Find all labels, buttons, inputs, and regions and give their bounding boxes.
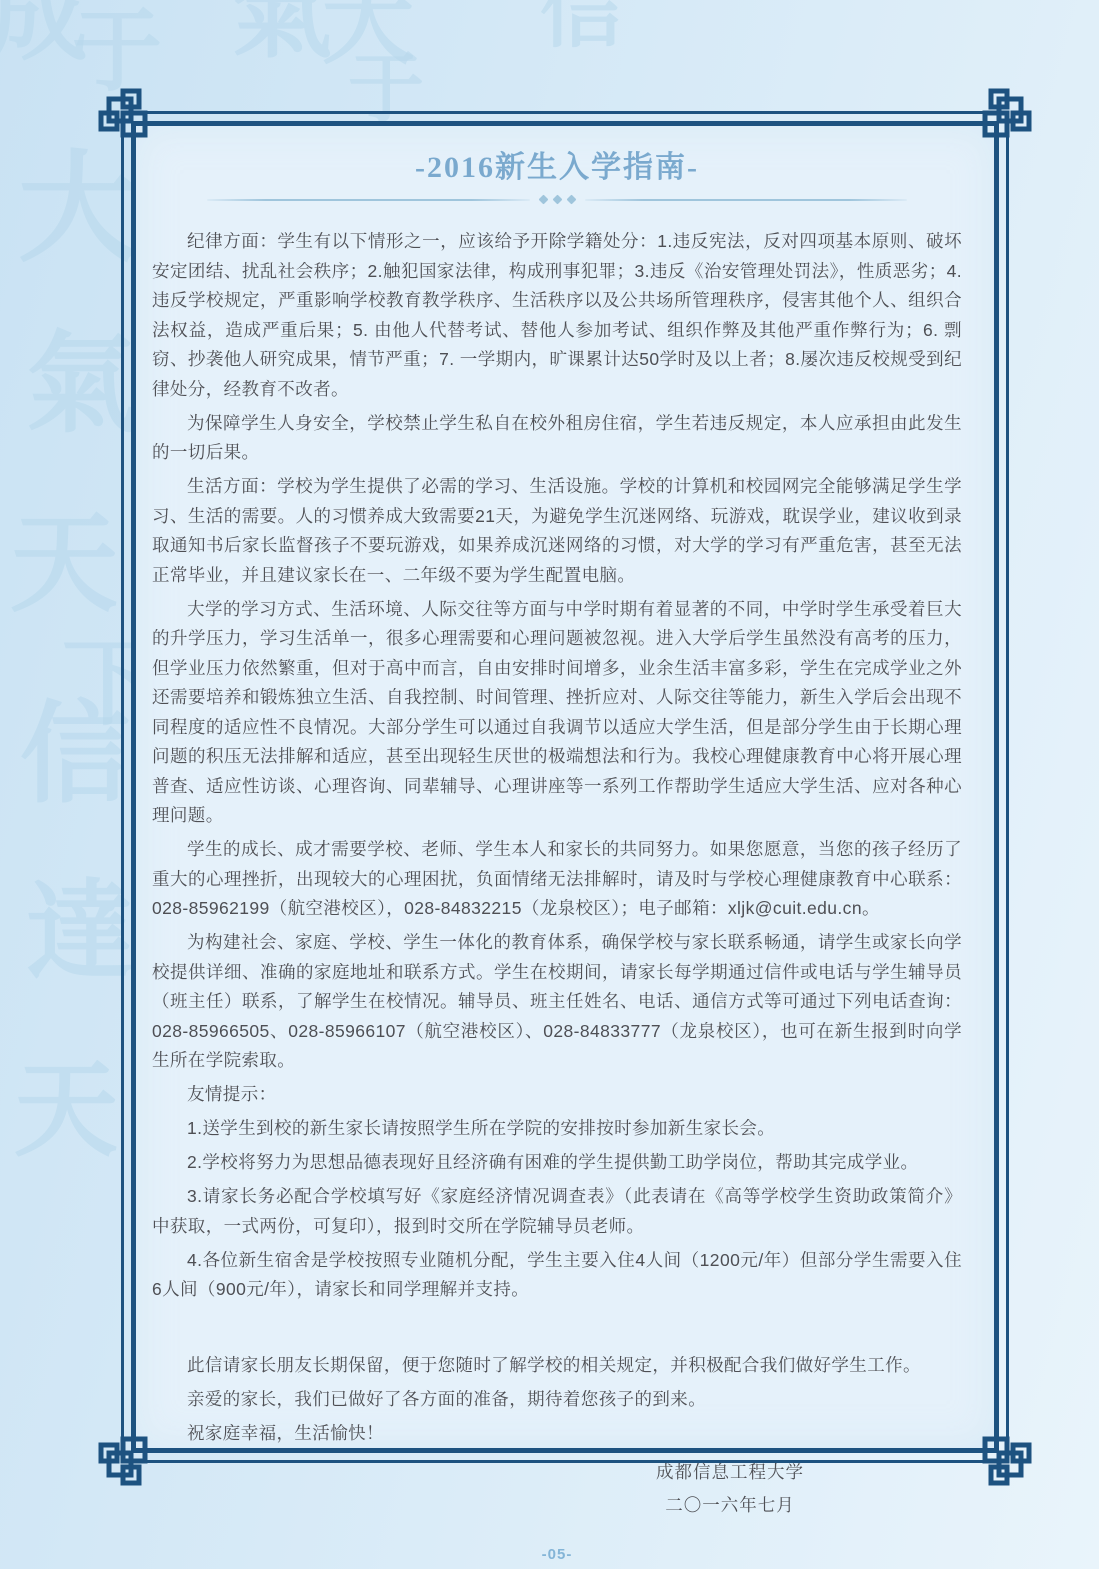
paragraph: 学生的成长、成才需要学校、老师、学生本人和家长的共同努力。如果您愿意，当您的孩子… <box>152 835 962 924</box>
signature-date: 二〇一六年七月 <box>656 1489 804 1522</box>
diamond-icon <box>566 195 576 205</box>
body-paragraphs: 纪律方面：学生有以下情形之一，应该给予开除学籍处分：1.违反宪法，反对四项基本原… <box>152 227 962 1305</box>
corner-knot-icon <box>95 85 167 157</box>
watermark-char: 信 <box>540 0 624 54</box>
watermark-char: 大 <box>322 0 414 70</box>
paragraph: 1.送学生到校的新生家长请按照学生所在学院的安排按时参加新生家长会。 <box>152 1114 962 1144</box>
paragraph: 友情提示： <box>152 1080 962 1110</box>
closing-line: 祝家庭幸福，生活愉快！ <box>152 1419 962 1449</box>
paragraph: 为构建社会、家庭、学校、学生一体化的教育体系，确保学校与家长联系畅通，请学生或家… <box>152 928 962 1076</box>
guide-page-content: -2016新生入学指南- 纪律方面：学生有以下情形之一，应该给予开除学籍处分：1… <box>152 142 962 1563</box>
signature-org: 成都信息工程大学 <box>656 1456 804 1489</box>
watermark-char: 信 <box>20 700 130 810</box>
paragraph: 3.请家长务必配合学校填写好《家庭经济情况调查表》（此表请在《高等学校学生资助政… <box>152 1182 962 1241</box>
page-number: -05- <box>152 1546 962 1563</box>
closing-line: 此信请家长朋友长期保留，便于您随时了解学校的相关规定，并积极配合我们做好学生工作… <box>152 1351 962 1381</box>
corner-knot-icon <box>963 85 1035 157</box>
diamond-icon <box>552 195 562 205</box>
watermark-char: 天 <box>14 1060 118 1164</box>
corner-knot-icon <box>963 1417 1035 1489</box>
title-divider <box>207 196 907 203</box>
watermark-char: 大 <box>18 150 138 270</box>
page-title: -2016新生入学指南- <box>152 142 962 186</box>
divider-line <box>585 199 908 201</box>
signature-block: 成都信息工程大学 二〇一六年七月 <box>656 1456 804 1522</box>
watermark-char: 氣 <box>26 330 136 440</box>
paragraph: 2.学校将努力为思想品德表现好且经济确有困难的学生提供勤工助学岗位，帮助其完成学… <box>152 1148 962 1178</box>
paragraph: 纪律方面：学生有以下情形之一，应该给予开除学籍处分：1.违反宪法，反对四项基本原… <box>152 227 962 404</box>
paragraph: 4.各位新生宿舍是学校按照专业随机分配，学生主要入住4人间（1200元/年）但部… <box>152 1246 962 1305</box>
divider-ornament <box>540 196 575 203</box>
watermark-char: 達 <box>26 880 134 988</box>
paragraph: 大学的学习方式、生活环境、人际交往等方面与中学时期有着显著的不同，中学时学生承受… <box>152 595 962 831</box>
closing-line: 亲爱的家长，我们已做好了各方面的准备，期待着您孩子的到来。 <box>152 1385 962 1415</box>
watermark-char: 成 <box>0 0 88 68</box>
paragraph: 为保障学生人身安全，学校禁止学生私自在校外租房住宿，学生若违反规定，本人应承担由… <box>152 409 962 468</box>
watermark-char: 氣 <box>232 0 332 65</box>
paragraph: 生活方面：学校为学生提供了必需的学习、生活设施。学校的计算机和校园网完全能够满足… <box>152 472 962 590</box>
closing-lines: 此信请家长朋友长期保留，便于您随时了解学校的相关规定，并积极配合我们做好学生工作… <box>152 1351 962 1449</box>
divider-line <box>207 199 530 201</box>
diamond-icon <box>538 195 548 205</box>
corner-knot-icon <box>95 1417 167 1489</box>
watermark-char: 天 <box>10 512 118 620</box>
